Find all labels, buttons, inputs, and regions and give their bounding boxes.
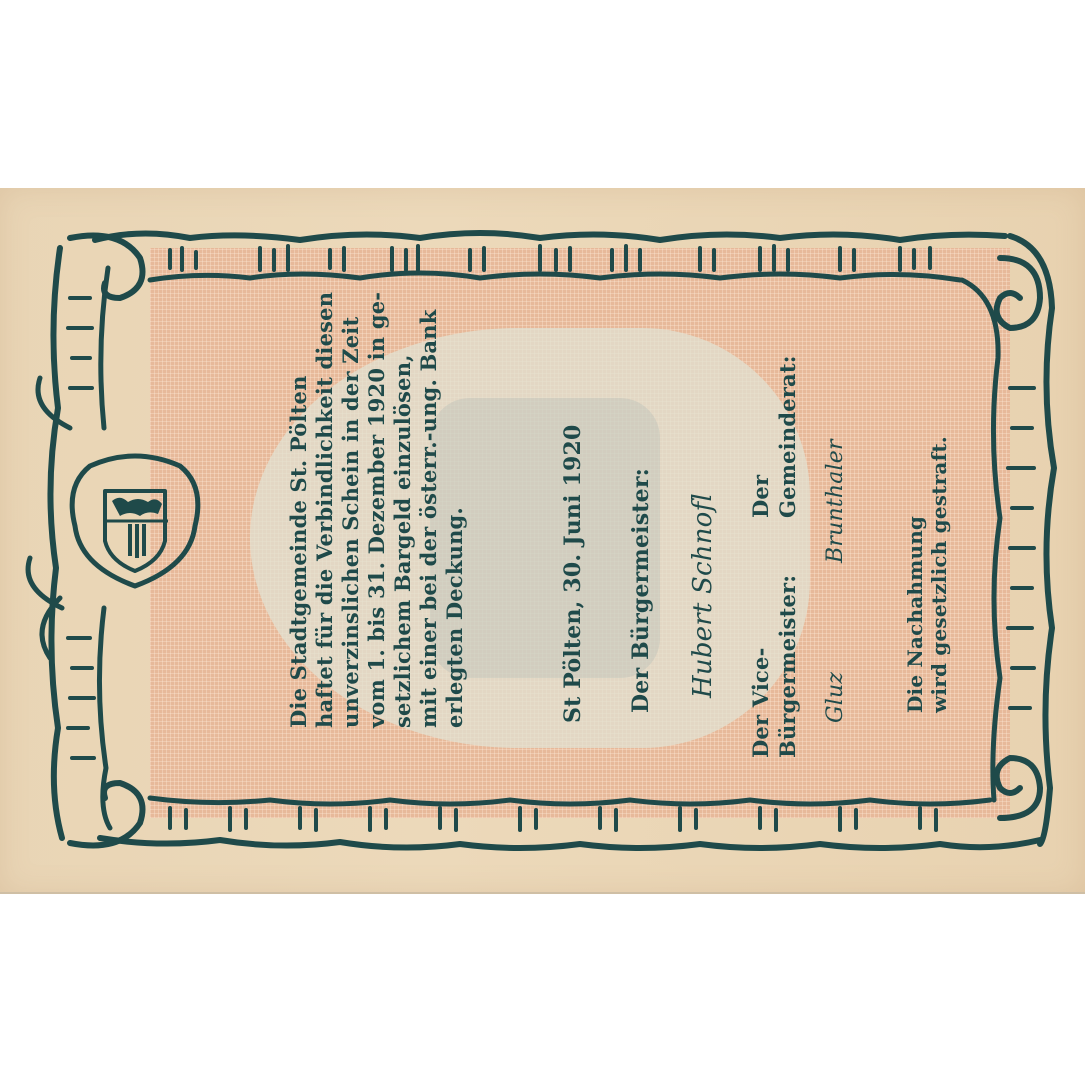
paper-edge	[0, 892, 1085, 894]
banknote: Die Stadtgemeinde St. Pölten haftet für …	[0, 188, 1085, 894]
coat-of-arms-icon	[60, 446, 210, 596]
